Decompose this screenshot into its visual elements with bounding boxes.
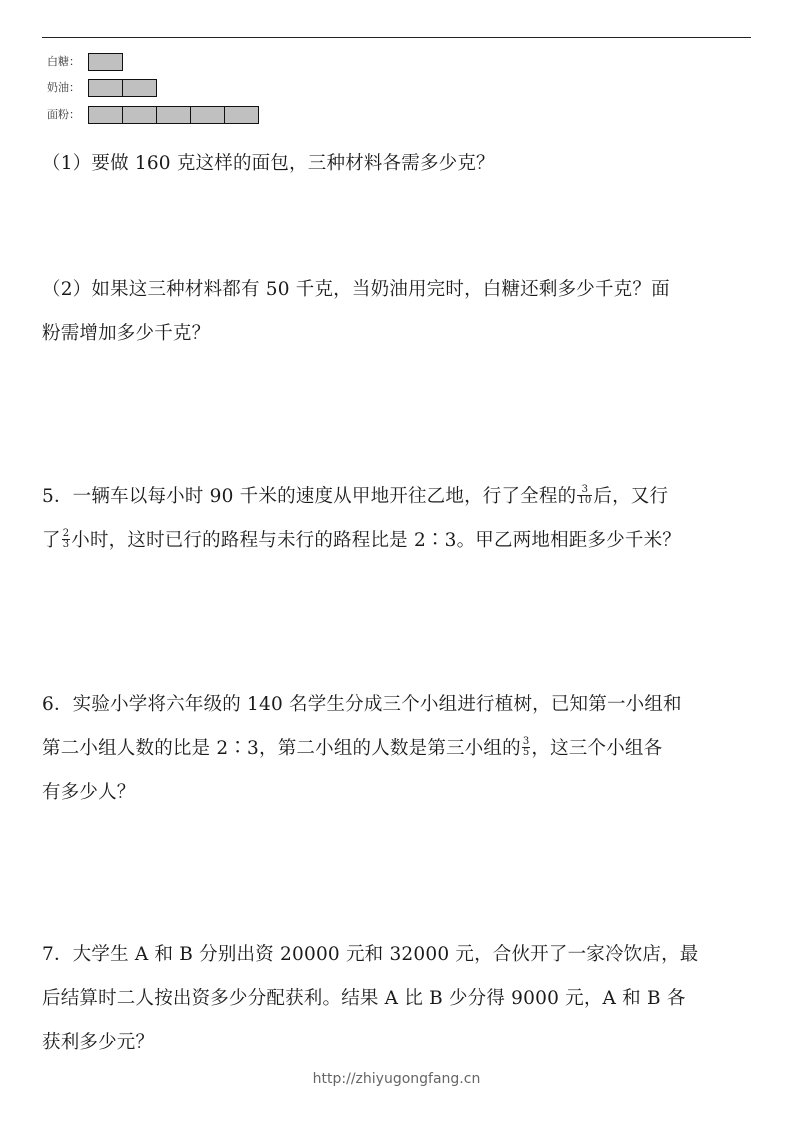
fraction-denominator: 10	[577, 496, 592, 506]
footer-url: http://zhiyugongfang.cn	[0, 1071, 793, 1087]
bar-segment	[123, 107, 157, 123]
bar-segment	[89, 54, 122, 70]
text-line: 第二小组人数的比是 2∶3，第二小组的人数是第三小组的35，这三个小组各	[42, 727, 754, 771]
fraction-3-10: 310	[577, 485, 592, 506]
text-segment: 5．一辆车以每小时 90 千米的速度从甲地开往乙地，行了全程的	[42, 486, 576, 507]
bar-label-flour: 面粉：	[47, 106, 88, 124]
bar-segment	[225, 107, 258, 123]
bar-segment	[123, 80, 156, 96]
fraction-denominator: 3	[62, 540, 71, 550]
header-rule	[42, 37, 751, 38]
question-4-part-2: （2）如果这三种材料都有 50 千克，当奶油用完时，白糖还剩多少千克？面 粉需增…	[42, 268, 754, 356]
question-4-part-1: （1）要做 160 克这样的面包，三种材料各需多少克？	[42, 142, 754, 186]
bar-sugar	[88, 53, 123, 71]
bar-label-sugar: 白糖：	[47, 53, 88, 71]
bar-segment	[157, 107, 191, 123]
text-segment: 小时，这时已行的路程与未行的路程比是 2∶3。甲乙两地相距多少千米？	[71, 530, 681, 551]
question-7: 7．大学生 A 和 B 分别出资 20000 元和 32000 元，合伙开了一家…	[42, 933, 754, 1065]
question-6: 6．实验小学将六年级的 140 名学生分成三个小组进行植树，已知第一小组和 第二…	[42, 683, 754, 815]
fraction-numerator: 2	[62, 529, 71, 540]
bar-butter	[88, 79, 157, 97]
text-line: （2）如果这三种材料都有 50 千克，当奶油用完时，白糖还剩多少千克？面	[42, 268, 754, 312]
bar-segment	[89, 80, 123, 96]
text-line: 有多少人？	[42, 771, 754, 815]
text-segment: 第二小组人数的比是 2∶3，第二小组的人数是第三小组的	[42, 738, 521, 759]
text-line: 后结算时二人按出资多少分配获利。结果 A 比 B 少分得 9000 元，A 和 …	[42, 977, 754, 1021]
fraction-numerator: 3	[522, 737, 531, 748]
text-line: 了23小时，这时已行的路程与未行的路程比是 2∶3。甲乙两地相距多少千米？	[42, 519, 754, 563]
text-line: 获利多少元？	[42, 1021, 754, 1065]
text-line: 5．一辆车以每小时 90 千米的速度从甲地开往乙地，行了全程的310后，又行	[42, 475, 754, 519]
text-line: 7．大学生 A 和 B 分别出资 20000 元和 32000 元，合伙开了一家…	[42, 933, 754, 977]
text-line: 6．实验小学将六年级的 140 名学生分成三个小组进行植树，已知第一小组和	[42, 683, 754, 727]
text-segment: 后，又行	[593, 486, 668, 507]
bar-segment	[191, 107, 225, 123]
bar-row-butter: 奶油：	[47, 79, 157, 97]
bar-segment	[89, 107, 123, 123]
text-segment: 了	[42, 530, 61, 551]
question-5: 5．一辆车以每小时 90 千米的速度从甲地开往乙地，行了全程的310后，又行 了…	[42, 475, 754, 563]
fraction-denominator: 5	[522, 748, 531, 758]
bar-flour	[88, 106, 259, 124]
text-segment: ，这三个小组各	[531, 738, 662, 759]
text-line: （1）要做 160 克这样的面包，三种材料各需多少克？	[42, 142, 754, 186]
text-line: 粉需增加多少千克？	[42, 312, 754, 356]
bar-row-sugar: 白糖：	[47, 53, 123, 71]
fraction-3-5: 35	[522, 737, 531, 758]
fraction-2-3: 23	[62, 529, 71, 550]
bar-row-flour: 面粉：	[47, 106, 259, 124]
fraction-numerator: 3	[577, 485, 592, 496]
bar-label-butter: 奶油：	[47, 79, 88, 97]
